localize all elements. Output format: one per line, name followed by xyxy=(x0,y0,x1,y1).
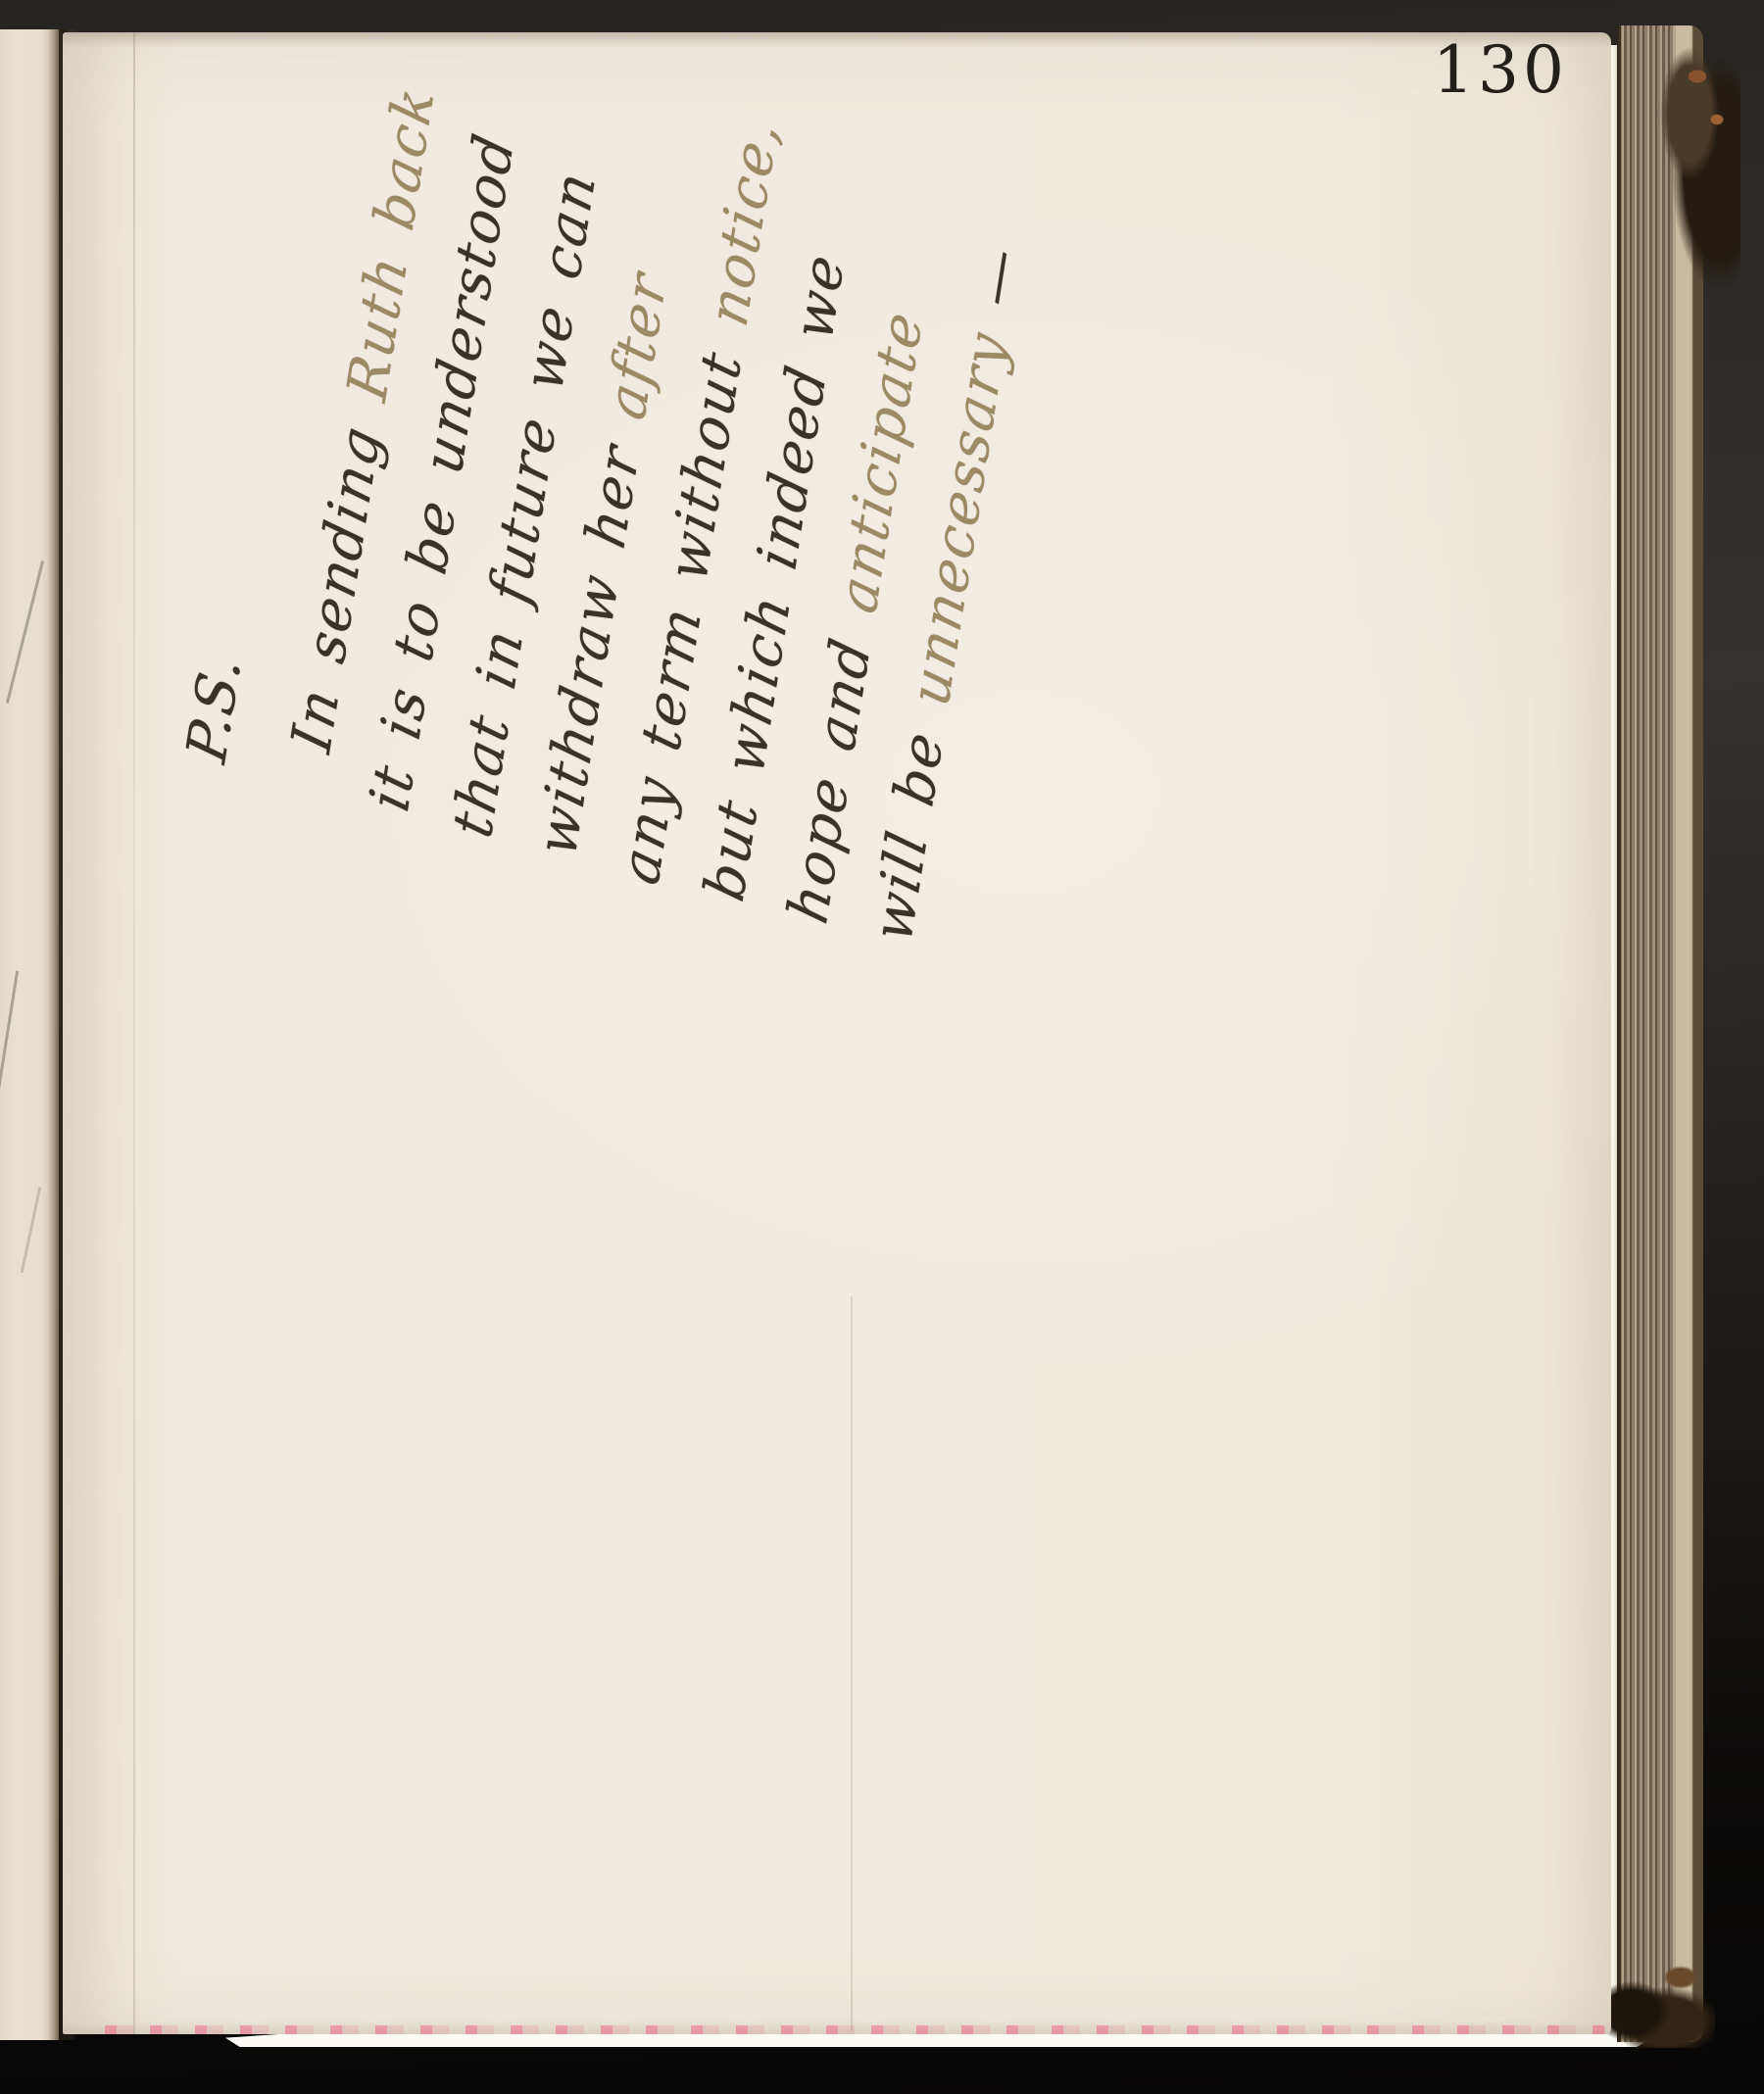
worn-leather-cover-corner xyxy=(1660,25,1740,310)
bleedthrough-mark xyxy=(21,1187,42,1274)
ps-word-segment: after xyxy=(594,266,679,426)
folio-number: 130 xyxy=(1433,32,1568,108)
book-fore-edge-pages xyxy=(1617,25,1703,2042)
page-fold-crease xyxy=(133,32,135,2034)
scanned-letterbook-photo: 130 P.S.In sending Ruth backit is to be … xyxy=(0,0,1764,2094)
ps-word-segment: P.S. xyxy=(174,648,254,769)
postscript-note: P.S.In sending Ruth backit is to be unde… xyxy=(165,0,1057,956)
bleedthrough-mark xyxy=(0,971,19,1097)
pink-deckle-edge xyxy=(88,2025,1605,2034)
ps-word-segment: — xyxy=(956,239,1033,341)
manuscript-page: 130 P.S.In sending Ruth backit is to be … xyxy=(63,32,1611,2034)
page-fold-crease xyxy=(851,1296,853,2031)
bleedthrough-mark xyxy=(6,560,44,704)
